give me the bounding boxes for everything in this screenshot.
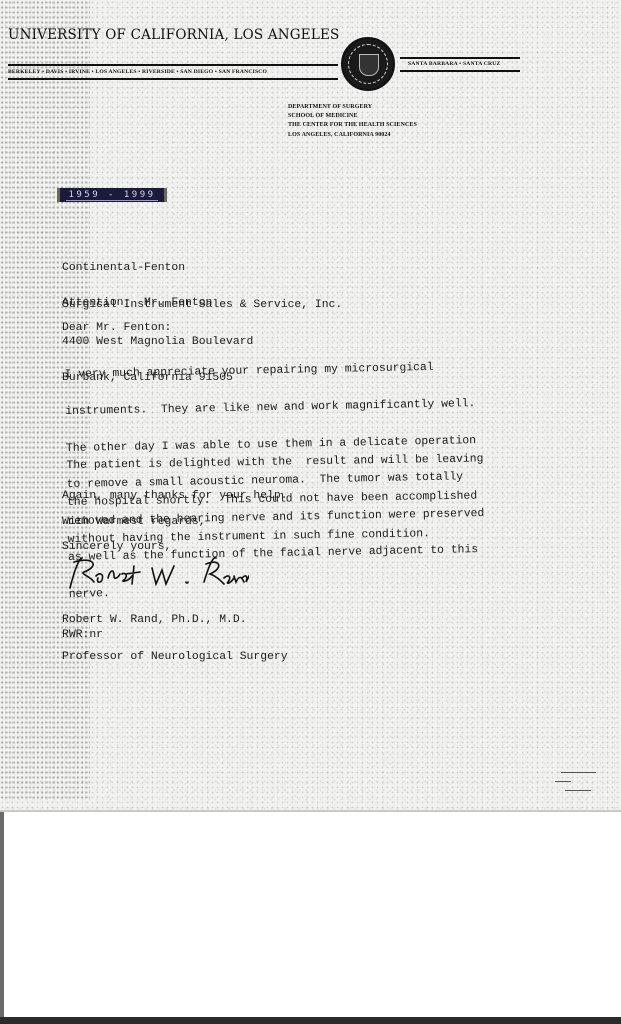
scanner-bottom-edge [0, 1017, 621, 1024]
campus-list: BERKELEY • DAVIS • IRVINE • LOS ANGELES … [8, 69, 267, 75]
letterhead-rule-top-left [8, 64, 338, 66]
university-seal-icon [341, 37, 395, 91]
closing-regards: With Warmest regards, [62, 516, 206, 528]
scan-artifacts [555, 772, 596, 799]
paragraph-line: The patient is delighted with the result… [66, 454, 483, 473]
letterhead-rule-bottom-left [8, 78, 338, 80]
handwritten-signature-icon [64, 552, 249, 594]
paragraph-line: instruments. They are like new and work … [65, 398, 482, 418]
salutation: Dear Mr. Fenton: [62, 322, 171, 334]
campus-list-right: SANTA BARBARA • SANTA CRUZ [408, 61, 500, 67]
signer-name: Robert W. Rand, Ph.D., M.D. [62, 614, 288, 626]
signer-title: Professor of Neurological Surgery [62, 651, 288, 663]
department-line: DEPARTMENT OF SURGERY [288, 103, 417, 112]
thanks-line: Again, many thanks for your help. [62, 490, 288, 502]
department-line: SCHOOL OF MEDICINE [288, 112, 417, 121]
letterhead-rule-bottom-right [400, 70, 520, 72]
institution-title: UNIVERSITY OF CALIFORNIA, LOS ANGELES [8, 27, 340, 43]
department-line: THE CENTER FOR THE HEALTH SCIENCES [288, 121, 417, 130]
letterhead-rule-top-right [400, 57, 520, 59]
attention-line: Attention: Mr. Fenton [62, 297, 212, 309]
department-address: DEPARTMENT OF SURGERY SCHOOL OF MEDICINE… [288, 103, 417, 140]
anniversary-badge: 1959 - 1999 [57, 188, 167, 202]
letter-page: UNIVERSITY OF CALIFORNIA, LOS ANGELES BE… [0, 0, 621, 812]
address-line: Continental-Fenton [62, 262, 342, 274]
reference-initials: RWR:nr [62, 629, 103, 641]
department-line: LOS ANGELES, CALIFORNIA 90024 [288, 131, 417, 140]
paragraph-line: I very much appreciate your repairing my… [64, 361, 481, 381]
